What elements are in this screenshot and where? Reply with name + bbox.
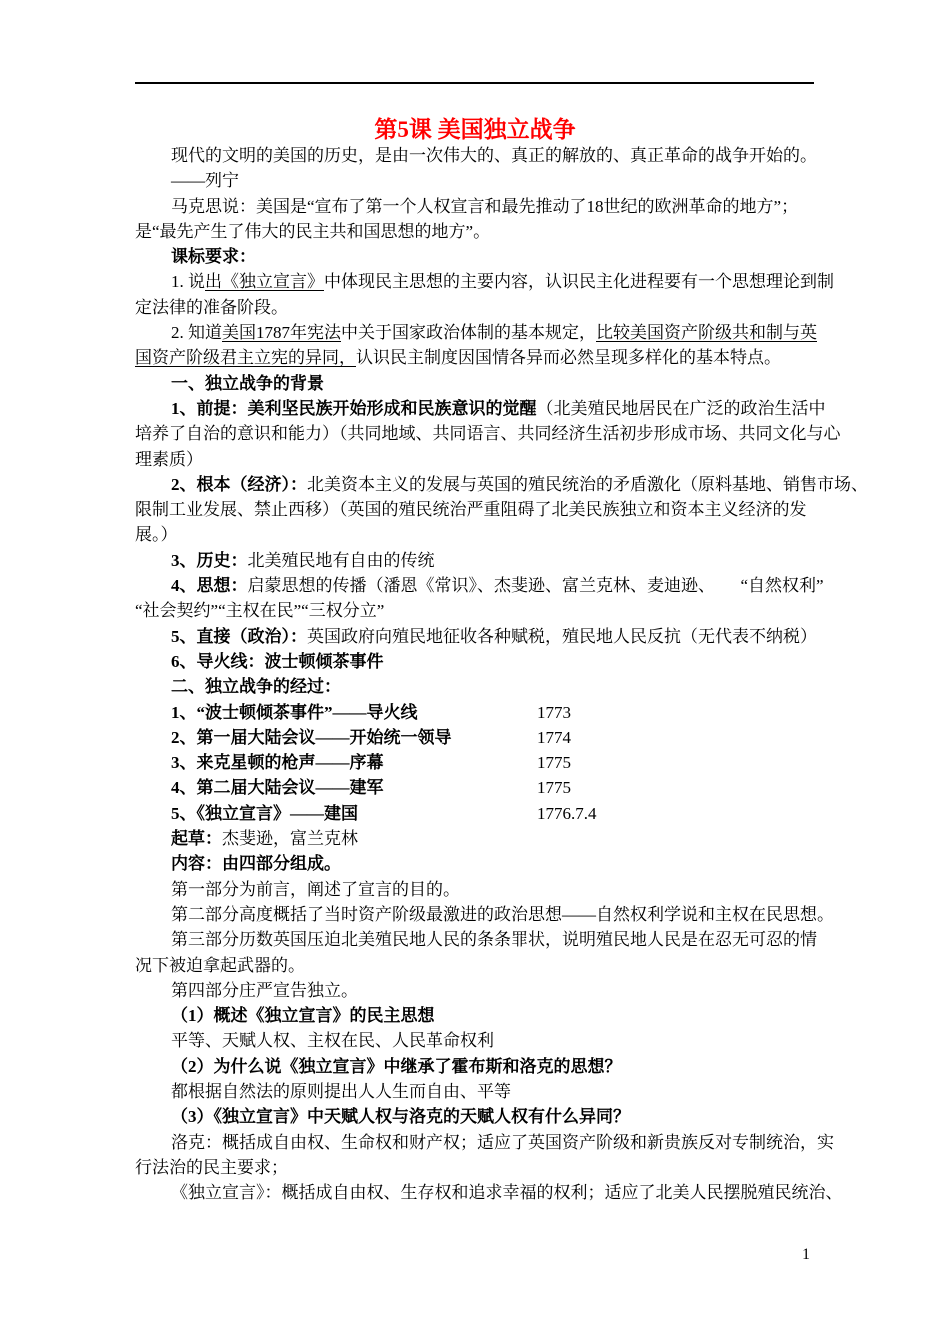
text-run: 第三部分历数英国压迫北美殖民地人民的条条罪状，说明殖民地人民是在忍无可忍的情 [171, 930, 817, 949]
text-line: “社会契约”“主权在民”“三权分立” [135, 598, 815, 623]
text-run: （2）为什么说《独立宣言》中继承了霍布斯和洛克的思想？ [171, 1057, 622, 1076]
text-line: 5、《独立宣言》——建国1776.7.4 [135, 801, 815, 826]
text-line: 一、独立战争的背景 [135, 371, 815, 396]
text-run: 美国1787年宪法 [222, 323, 341, 342]
text-run: 英国政府向殖民地征收各种赋税，殖民地人民反抗（无代表不纳税） [307, 627, 817, 646]
text-run: 2、第一届大陆会议——开始统一领导 [171, 728, 452, 747]
text-run: 内容：由四部分组成。 [171, 854, 341, 873]
text-run: 培养了自治的意识和能力）（共同地域、共同语言、共同经济生活初步形成市场、共同文化… [135, 424, 841, 443]
timeline-year: 1775 [537, 775, 571, 800]
text-line: 4、思想：启蒙思想的传播（潘恩《常识》、杰斐逊、富兰克林、麦迪逊、 “自然权利” [135, 573, 815, 598]
text-run: （3）《独立宣言》中天赋人权与洛克的天赋人权有什么异同？ [171, 1107, 630, 1126]
text-run: 5、《独立宣言》——建国 [171, 804, 358, 823]
text-line: 3、来克星顿的枪声——序幕1775 [135, 750, 815, 775]
timeline-year: 1776.7.4 [537, 801, 597, 826]
text-line: 起草：杰斐逊，富兰克林 [135, 826, 815, 851]
text-line: 都根据自然法的原则提出人人生而自由、平等 [135, 1079, 815, 1104]
text-line: 行法治的民主要求； [135, 1155, 815, 1180]
text-run: 中关于国家政治体制的基本规定， [341, 323, 596, 342]
text-line: 1. 说出《独立宣言》中体现民主思想的主要内容，认识民主化进程要有一个思想理论到… [135, 269, 815, 294]
text-run: 中体现民主思想的主要内容，认识民主化进程要有一个思想理论到制 [324, 272, 834, 291]
text-run: （1）概述《独立宣言》的民主思想 [171, 1006, 435, 1025]
text-line: 2. 知道美国1787年宪法中关于国家政治体制的基本规定，比较美国资产阶级共和制… [135, 320, 815, 345]
text-line: 3、历史：北美殖民地有自由的传统 [135, 548, 815, 573]
text-run: 一、独立战争的背景 [171, 374, 324, 393]
text-line: 展。） [135, 522, 815, 547]
text-run: 第二部分高度概括了当时资产阶级最激进的政治思想——自然权利学说和主权在民思想。 [171, 905, 834, 924]
timeline-year: 1775 [537, 750, 571, 775]
text-line: 内容：由四部分组成。 [135, 851, 815, 876]
text-run: 1、“波士顿倾茶事件”——导火线 [171, 703, 418, 722]
timeline-year: 1773 [537, 700, 571, 725]
document-page: 第5课 美国独立战争 现代的文明的美国的历史，是由一次伟大的、真正的解放的、真正… [0, 0, 950, 1344]
text-run: 2、根本（经济）： [171, 475, 307, 494]
text-line: ——列宁 [135, 168, 815, 193]
page-number: 1 [802, 1245, 810, 1265]
text-line: 第四部分庄严宣告独立。 [135, 978, 815, 1003]
text-run: 马克思说：美国是“宣布了第一个人权宣言和最先推动了18世纪的欧洲革命的地方”； [171, 197, 798, 216]
text-line: （3）《独立宣言》中天赋人权与洛克的天赋人权有什么异同？ [135, 1104, 815, 1129]
document-title: 第5课 美国独立战争 [135, 116, 815, 144]
text-run: 课标要求： [171, 247, 256, 266]
text-line: （1）概述《独立宣言》的民主思想 [135, 1003, 815, 1028]
text-line: 课标要求： [135, 244, 815, 269]
text-line: 国资产阶级君主立宪的异同，认识民主制度因国情各异而必然呈现多样化的基本特点。 [135, 345, 815, 370]
text-run: 况下被迫拿起武器的。 [135, 956, 305, 975]
text-line: 1、“波士顿倾茶事件”——导火线1773 [135, 700, 815, 725]
text-run: 定法律的准备阶段。 [135, 298, 288, 317]
text-run: 4、第二届大陆会议——建军 [171, 778, 384, 797]
text-run: 平等、天赋人权、主权在民、人民革命权利 [171, 1031, 494, 1050]
text-run: 杰斐逊，富兰克林 [222, 829, 358, 848]
text-line: 洛克：概括成自由权、生命权和财产权；适应了英国资产阶级和新贵族反对专制统治，实 [135, 1130, 815, 1155]
timeline-year: 1774 [537, 725, 571, 750]
text-run: 展。） [135, 525, 178, 544]
text-line: 2、第一届大陆会议——开始统一领导1774 [135, 725, 815, 750]
text-line: 理素质） [135, 447, 815, 472]
text-line: 1、前提：美利坚民族开始形成和民族意识的觉醒（北美殖民地居民在广泛的政治生活中 [135, 396, 815, 421]
text-line: 是“最先产生了伟大的民主共和国思想的地方”。 [135, 219, 815, 244]
text-line: 第一部分为前言，阐述了宣言的目的。 [135, 877, 815, 902]
text-line: 2、根本（经济）：北美资本主义的发展与英国的殖民统治的矛盾激化（原料基地、销售市… [135, 472, 815, 497]
text-run: 都根据自然法的原则提出人人生而自由、平等 [171, 1082, 511, 1101]
text-run: 3、来克星顿的枪声——序幕 [171, 753, 384, 772]
text-line: 《独立宣言》：概括成自由权、生存权和追求幸福的权利；适应了北美人民摆脱殖民统治、 [135, 1180, 815, 1205]
text-run: 第一部分为前言，阐述了宣言的目的。 [171, 880, 460, 899]
document-body: 现代的文明的美国的历史，是由一次伟大的、真正的解放的、真正革命的战争开始的。——… [135, 143, 815, 1205]
text-line: （2）为什么说《独立宣言》中继承了霍布斯和洛克的思想？ [135, 1054, 815, 1079]
text-run: 3、历史： [171, 551, 248, 570]
text-run: 起草： [171, 829, 222, 848]
text-line: 平等、天赋人权、主权在民、人民革命权利 [135, 1028, 815, 1053]
text-line: 4、第二届大陆会议——建军1775 [135, 775, 815, 800]
text-run: 启蒙思想的传播（潘恩《常识》、杰斐逊、富兰克林、麦迪逊、 “自然权利” [248, 576, 824, 595]
text-run: 6、导火线：波士顿倾茶事件 [171, 652, 384, 671]
text-line: 况下被迫拿起武器的。 [135, 953, 815, 978]
text-run: 限制工业发展、禁止西移）（英国的殖民统治严重阻碍了北美民族独立和资本主义经济的发 [135, 500, 807, 519]
text-run: 是“最先产生了伟大的民主共和国思想的地方”。 [135, 222, 490, 241]
text-line: 6、导火线：波士顿倾茶事件 [135, 649, 815, 674]
text-run: 1. 说 [171, 272, 205, 291]
text-line: 二、独立战争的经过： [135, 674, 815, 699]
text-run: 2. 知道 [171, 323, 222, 342]
text-line: 第三部分历数英国压迫北美殖民地人民的条条罪状，说明殖民地人民是在忍无可忍的情 [135, 927, 815, 952]
text-line: 限制工业发展、禁止西移）（英国的殖民统治严重阻碍了北美民族独立和资本主义经济的发 [135, 497, 815, 522]
text-run: 出《独立宣言》 [205, 272, 324, 291]
text-run: 北美资本主义的发展与英国的殖民统治的矛盾激化（原料基地、销售市场、 [307, 475, 868, 494]
text-line: 定法律的准备阶段。 [135, 295, 815, 320]
text-run: 《独立宣言》：概括成自由权、生存权和追求幸福的权利；适应了北美人民摆脱殖民统治、 [171, 1183, 843, 1202]
text-run: 认识民主制度因国情各异而必然呈现多样化的基本特点。 [356, 348, 781, 367]
header-rule [135, 82, 814, 84]
text-line: 5、直接（政治）：英国政府向殖民地征收各种赋税，殖民地人民反抗（无代表不纳税） [135, 624, 815, 649]
text-run: “社会契约”“主权在民”“三权分立” [135, 601, 384, 620]
text-run: 1、前提：美利坚民族开始形成和民族意识的觉醒 [171, 399, 537, 418]
text-run: 洛克：概括成自由权、生命权和财产权；适应了英国资产阶级和新贵族反对专制统治，实 [171, 1133, 834, 1152]
text-run: 国资产阶级君主立宪的异同， [135, 348, 356, 367]
text-run: 5、直接（政治）： [171, 627, 307, 646]
text-line: 第二部分高度概括了当时资产阶级最激进的政治思想——自然权利学说和主权在民思想。 [135, 902, 815, 927]
text-run: 二、独立战争的经过： [171, 677, 341, 696]
text-run: 现代的文明的美国的历史，是由一次伟大的、真正的解放的、真正革命的战争开始的。 [171, 146, 817, 165]
text-run: 行法治的民主要求； [135, 1158, 288, 1177]
text-run: 北美殖民地有自由的传统 [248, 551, 435, 570]
text-run: 理素质） [135, 450, 203, 469]
text-run: ——列宁 [171, 171, 239, 190]
text-run: 4、思想： [171, 576, 248, 595]
text-run: 比较美国资产阶级共和制与英 [596, 323, 817, 342]
text-run: 第四部分庄严宣告独立。 [171, 981, 358, 1000]
text-line: 现代的文明的美国的历史，是由一次伟大的、真正的解放的、真正革命的战争开始的。 [135, 143, 815, 168]
text-line: 马克思说：美国是“宣布了第一个人权宣言和最先推动了18世纪的欧洲革命的地方”； [135, 194, 815, 219]
text-run: （北美殖民地居民在广泛的政治生活中 [537, 399, 826, 418]
text-line: 培养了自治的意识和能力）（共同地域、共同语言、共同经济生活初步形成市场、共同文化… [135, 421, 815, 446]
